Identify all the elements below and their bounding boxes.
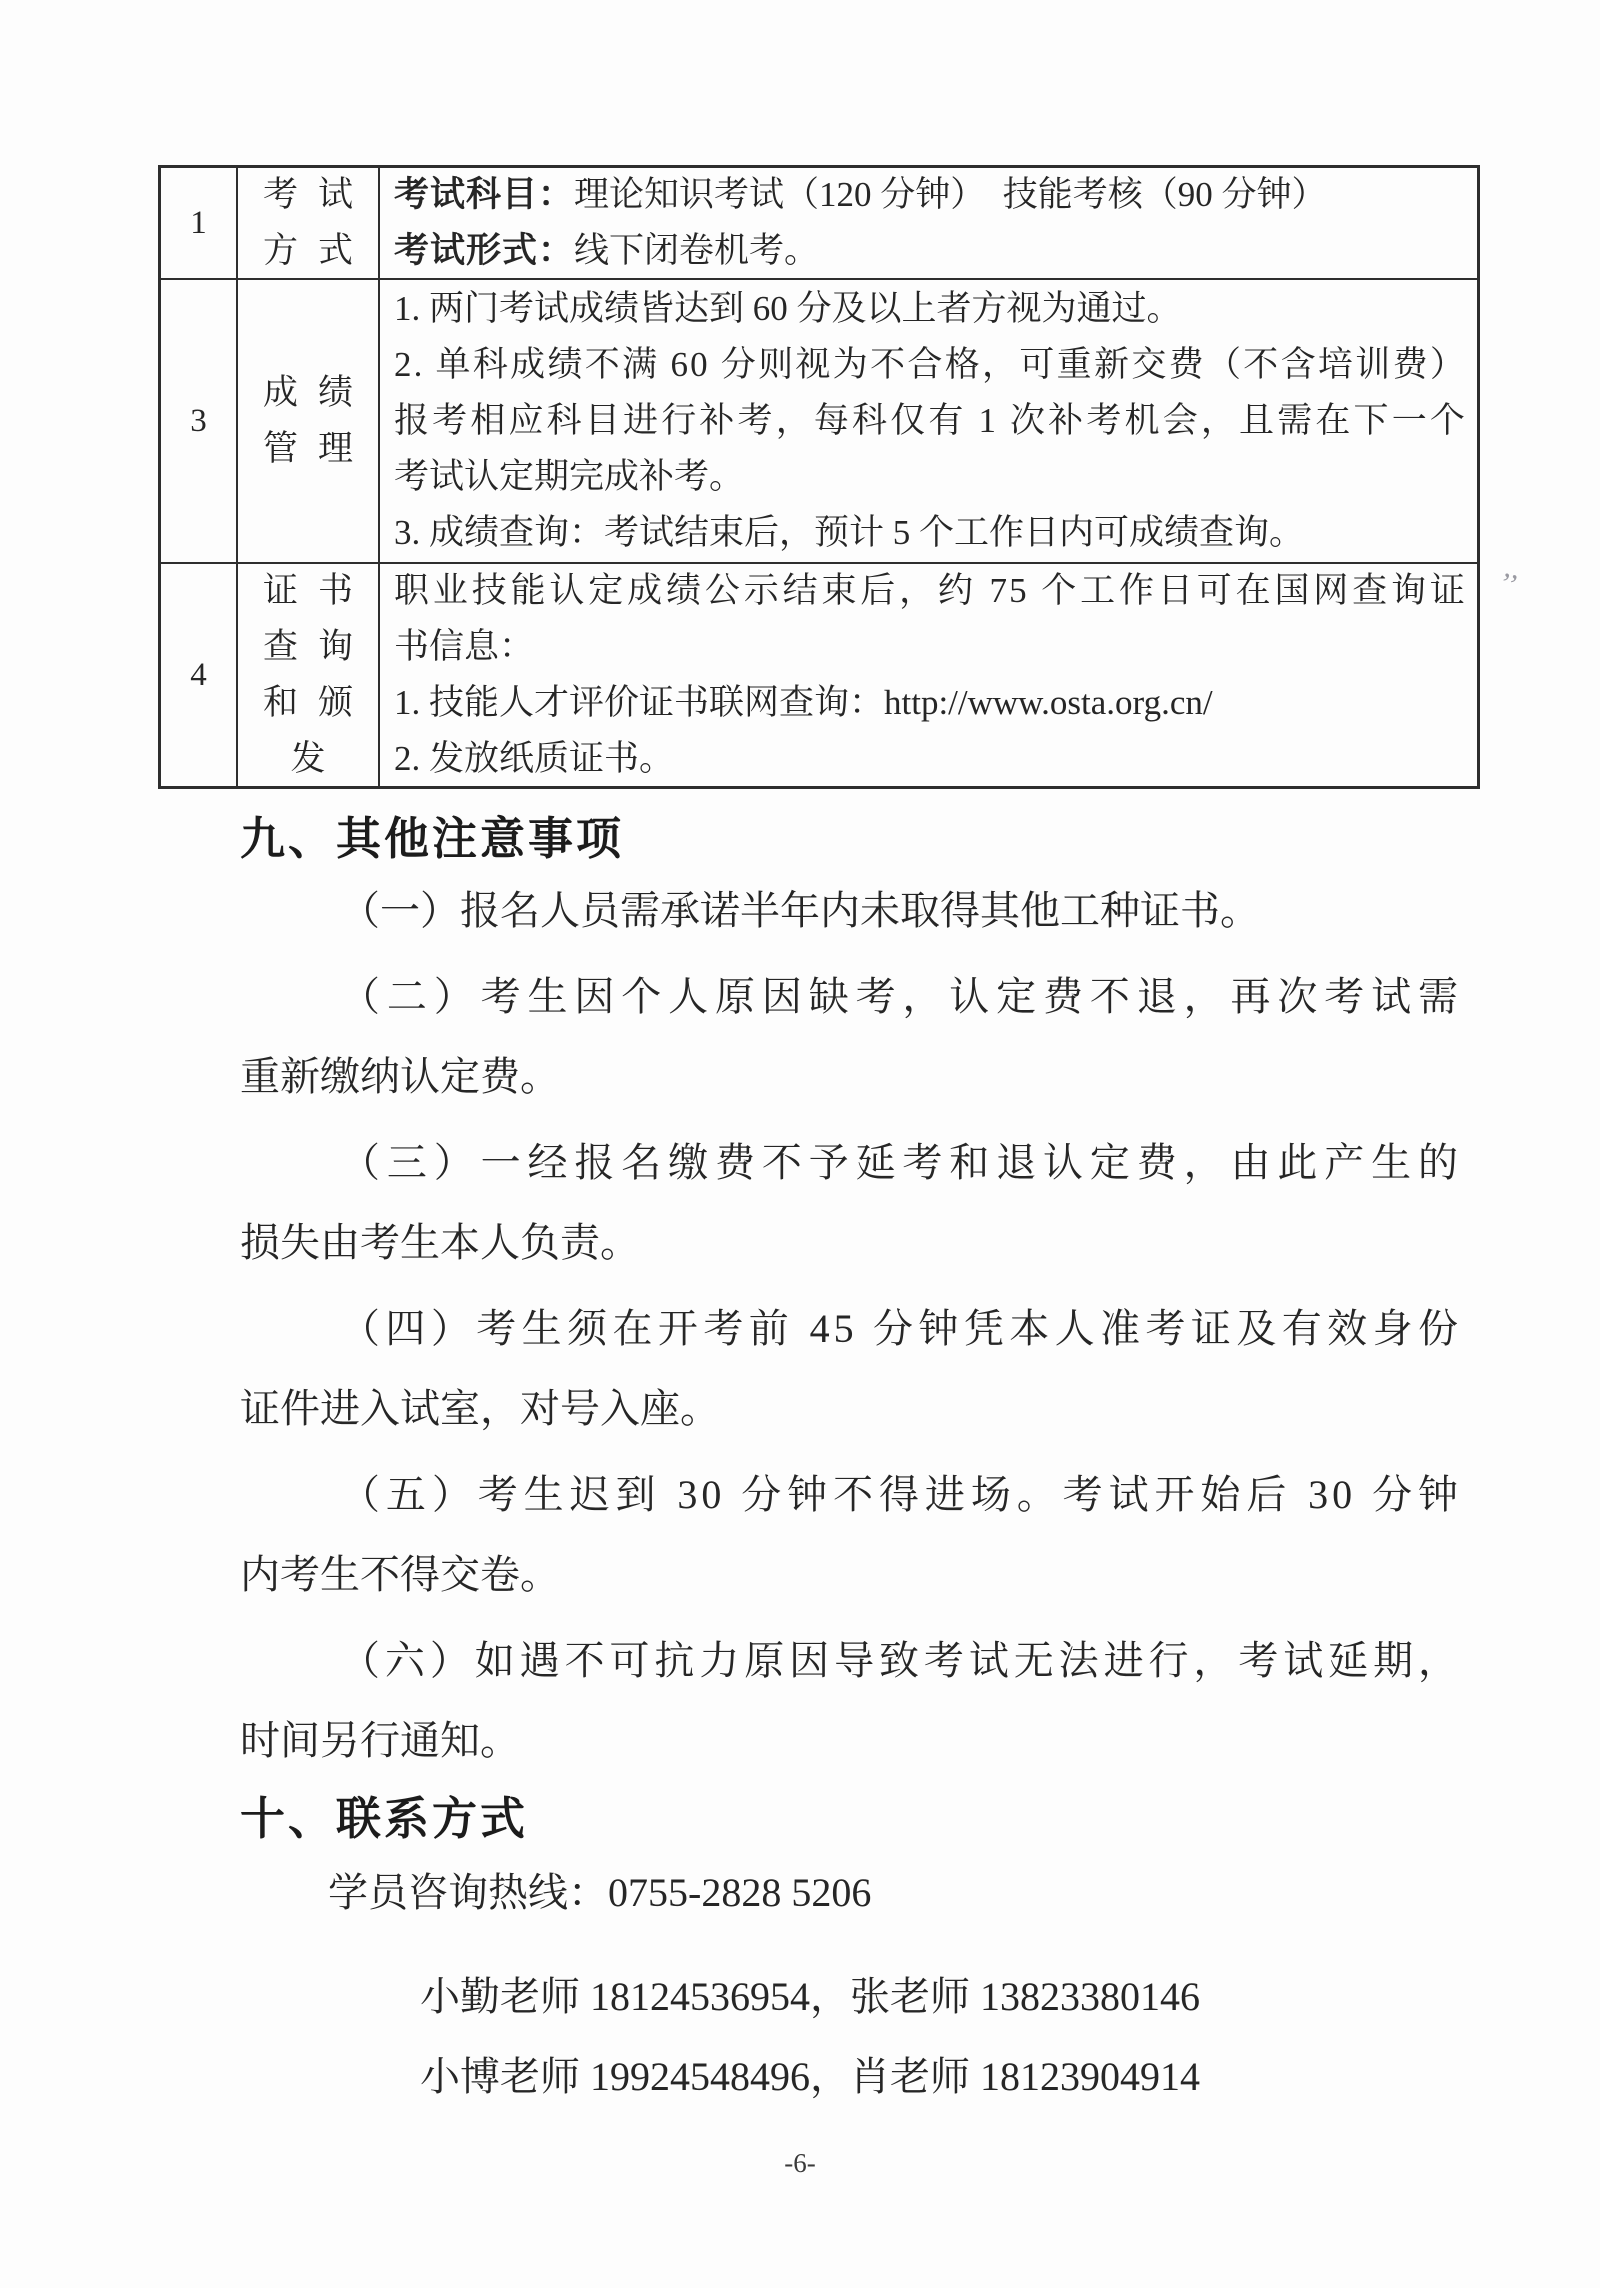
label-line: 发	[290, 731, 345, 787]
row-number-text: 1	[190, 195, 207, 251]
contact-line: 小勤老师 18124536954，张老师 13823380146	[420, 1957, 1462, 2037]
notice-line: （四）考生须在开考前 45 分钟凭本人准考证及有效身份	[240, 1289, 1462, 1369]
content-text: 理论知识考试（120 分钟） 技能考核（90 分钟）	[574, 175, 1327, 214]
notice-item-3: （三）一经报名缴费不予延考和退认定费，由此产生的 损失由考生本人负责。	[240, 1123, 1462, 1283]
content-line: 3. 成绩查询：考试结束后，预计 5 个工作日内可成绩查询。	[394, 505, 1467, 561]
label-line: 成绩	[263, 365, 373, 421]
section9-heading: 九、其他注意事项	[240, 807, 1462, 871]
notice-line: 证件进入试室，对号入座。	[240, 1369, 1462, 1449]
content-line: 考试认定期完成补考。	[394, 449, 1467, 505]
row-content-certificate: 职业技能认定成绩公示结束后，约 75 个工作日可在国网查询证 书信息： 1. 技…	[380, 564, 1477, 786]
content-line: 考试科目：理论知识考试（120 分钟） 技能考核（90 分钟）	[394, 167, 1467, 223]
row-number: 1	[161, 168, 238, 280]
notice-line: （三）一经报名缴费不予延考和退认定费，由此产生的	[240, 1123, 1462, 1203]
notice-line: （二）考生因个人原因缺考，认定费不退，再次考试需	[240, 957, 1462, 1037]
label-line: 方式	[263, 223, 373, 279]
scan-speck: ’’	[1497, 567, 1521, 604]
bold-label: 考试形式：	[394, 231, 574, 270]
label-line: 管理	[263, 421, 373, 477]
notice-item-5: （五）考生迟到 30 分钟不得进场。考试开始后 30 分钟 内考生不得交卷。	[240, 1455, 1462, 1615]
text-column: 九、其他注意事项 （一）报名人员需承诺半年内未取得其他工种证书。 （二）考生因个…	[240, 795, 1462, 2117]
content-text: 线下闭卷机考。	[574, 231, 819, 270]
content-line: 职业技能认定成绩公示结束后，约 75 个工作日可在国网查询证	[394, 563, 1467, 619]
row-number: 4	[161, 564, 238, 786]
row-number-text: 3	[190, 393, 207, 449]
notice-line: 重新缴纳认定费。	[240, 1037, 1462, 1117]
notice-line: 损失由考生本人负责。	[240, 1203, 1462, 1283]
notice-item-4: （四）考生须在开考前 45 分钟凭本人准考证及有效身份 证件进入试室，对号入座。	[240, 1289, 1462, 1449]
label-line: 查询	[263, 619, 373, 675]
label-line: 和颁	[263, 675, 373, 731]
content-line: 报考相应科目进行补考，每科仅有 1 次补考机会，且需在下一个	[394, 393, 1467, 449]
row-number-text: 4	[190, 647, 207, 703]
notice-line: （一）报名人员需承诺半年内未取得其他工种证书。	[240, 871, 1462, 951]
page-number: -6-	[0, 2145, 1600, 2181]
label-line: 考试	[263, 167, 373, 223]
content-line: 书信息：	[394, 619, 1467, 675]
scanned-page: 1 考试 方式 考试科目：理论知识考试（120 分钟） 技能考核（90 分钟） …	[0, 0, 1600, 2288]
row-content-exam-method: 考试科目：理论知识考试（120 分钟） 技能考核（90 分钟） 考试形式：线下闭…	[380, 168, 1477, 280]
row-label-exam-method: 考试 方式	[238, 168, 380, 280]
content-line: 1. 技能人才评价证书联网查询：http://www.osta.org.cn/	[394, 675, 1467, 731]
notice-line: 内考生不得交卷。	[240, 1535, 1462, 1615]
content-line: 考试形式：线下闭卷机考。	[394, 223, 1467, 279]
notice-line: （六）如遇不可抗力原因导致考试无法进行，考试延期，	[240, 1621, 1462, 1701]
bold-label: 考试科目：	[394, 175, 574, 214]
section10-heading: 十、联系方式	[240, 1787, 1462, 1851]
content-line: 2. 单科成绩不满 60 分则视为不合格，可重新交费（不含培训费）	[394, 337, 1467, 393]
notice-list: （一）报名人员需承诺半年内未取得其他工种证书。 （二）考生因个人原因缺考，认定费…	[240, 871, 1462, 1781]
content-line: 2. 发放纸质证书。	[394, 731, 1467, 787]
hotline-text: 学员咨询热线：0755-2828 5206	[240, 1853, 1462, 1933]
contact-line: 小博老师 19924548496，肖老师 18123904914	[420, 2037, 1462, 2117]
label-line: 证书	[263, 563, 373, 619]
notice-line: （五）考生迟到 30 分钟不得进场。考试开始后 30 分钟	[240, 1455, 1462, 1535]
contact-list: 小勤老师 18124536954，张老师 13823380146 小博老师 19…	[240, 1957, 1462, 2117]
row-label-certificate: 证书 查询 和颁 发	[238, 564, 380, 786]
notice-item-6: （六）如遇不可抗力原因导致考试无法进行，考试延期， 时间另行通知。	[240, 1621, 1462, 1781]
row-number: 3	[161, 280, 238, 564]
row-label-score-management: 成绩 管理	[238, 280, 380, 564]
notice-item-1: （一）报名人员需承诺半年内未取得其他工种证书。	[240, 871, 1462, 951]
row-content-score-management: 1. 两门考试成绩皆达到 60 分及以上者方视为通过。 2. 单科成绩不满 60…	[380, 280, 1477, 564]
exam-info-table: 1 考试 方式 考试科目：理论知识考试（120 分钟） 技能考核（90 分钟） …	[158, 165, 1480, 789]
content-line: 1. 两门考试成绩皆达到 60 分及以上者方视为通过。	[394, 281, 1467, 337]
notice-item-2: （二）考生因个人原因缺考，认定费不退，再次考试需 重新缴纳认定费。	[240, 957, 1462, 1117]
notice-line: 时间另行通知。	[240, 1701, 1462, 1781]
